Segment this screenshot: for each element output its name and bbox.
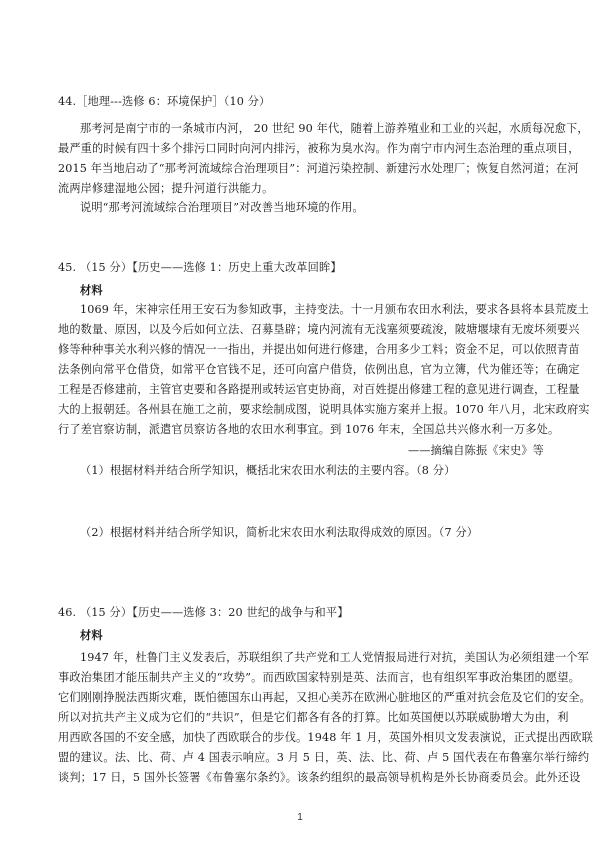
q44-paragraph-line: 最严重的时候有四十多个排污口同时向河内排污，被称为臭水沟。作为南宁市内河生态治理… <box>58 140 544 158</box>
q46-paragraph-line: 它们刚刚挣脱法西斯灾难，既怕德国东山再起，又担心美苏在欧洲心脏地区的严重对抗会危… <box>58 689 544 707</box>
q44-paragraph-line: 那考河是南宁市的一条城市内河， 20 世纪 90 年代，随着上游养殖业和工业的兴… <box>80 120 544 138</box>
q44-paragraph-line: 流两岸修建湿地公园；提升河道行洪能力。 <box>58 180 544 198</box>
q46-header: 46. （15 分）【历史——选修 3：20 世纪的战争与和平】 <box>58 604 544 622</box>
q46-paragraph-line: 谈判；17 日，5 国外长签署《布鲁塞尔条约》。该条约组织的最高领导机构是外长协… <box>58 769 544 787</box>
q45-paragraph-line: 1069 年，宋神宗任用王安石为参知政事，主持变法。十一月颁布农田水利法，要求各… <box>80 301 544 319</box>
q45-paragraph-line: 法条例向常平仓借贷，如常平仓官钱不足，还可向富户借贷，依例出息，官为立簿，代为催… <box>58 361 544 379</box>
q45-source: ——摘编自陈振《宋史》等 <box>58 442 544 460</box>
q46-paragraph-line: 用西欧各国的不安全感，加快了西欧联合的步伐。1948 年 1 月，英国外相贝文发… <box>58 729 544 747</box>
q45-paragraph-line: 修等种种事关水利兴修的情况一一指出，并提出如何进行修建，合用多少工料；资金不足，… <box>58 341 544 359</box>
q45-header: 45. （15 分）【历史——选修 1：历史上重大改革回眸】 <box>58 259 544 277</box>
q45-paragraph-line: 工程是否修建前，主管官吏要和各路提刑或转运官吏协商，对百姓提出修建工程的意见进行… <box>58 381 544 399</box>
q46-paragraph-line: 1947 年，杜鲁门主义发表后，苏联组织了共产党和工人党情报局进行对抗，美国认为… <box>80 649 544 667</box>
page-number: 1 <box>0 812 600 823</box>
q45-material-label: 材料 <box>80 281 544 299</box>
q46-paragraph-line: 所以对抗共产主义成为它们的“共识”，但是它们都各有各的打算。比如英国便以苏联威胁… <box>58 709 544 727</box>
q45-sub-question-1: （1）根据材料并结合所学知识，概括北宋农田水利法的主要内容。（8 分） <box>80 462 544 480</box>
q46-paragraph-line: 盟的建议。法、比、荷、卢 4 国表示响应。3 月 5 日，英、法、比、荷、卢 5… <box>58 749 544 767</box>
q45-paragraph-line: 地的数量、原因，以及今后如何立法、召募垦辟；境内河流有无浅塞须要疏浚，陂塘堰埭有… <box>58 321 544 339</box>
q45-paragraph-line: 行了差官察访制，派遣官员察访各地的农田水利事宜。到 1076 年末，全国总共兴修… <box>58 421 544 439</box>
q45-sub-question-2: （2）根据材料并结合所学知识，简析北宋农田水利法取得成效的原因。（7 分） <box>80 524 544 542</box>
q44-question: 说明“那考河流域综合治理项目”对改善当地环境的作用。 <box>80 199 544 217</box>
q44-paragraph-line: 2015 年当地启动了“那考河流域综合治理项目”：河道污染控制、新建污水处理厂；… <box>58 160 544 178</box>
q46-paragraph-line: 事政治集团才能压制共产主义的“攻势”。而西欧国家特别是英、法而言，也有组织军事政… <box>58 669 544 687</box>
exam-page: 44.［地理---选修 6：环境保护］（10 分） 那考河是南宁市的一条城市内河… <box>0 0 600 848</box>
q44-header: 44.［地理---选修 6：环境保护］（10 分） <box>58 93 544 111</box>
q46-material-label: 材料 <box>80 626 544 644</box>
q45-paragraph-line: 大的上报朝廷。各州县在施工之前，要求绘制成图，说明具体实施方案并上报。1070 … <box>58 401 544 419</box>
